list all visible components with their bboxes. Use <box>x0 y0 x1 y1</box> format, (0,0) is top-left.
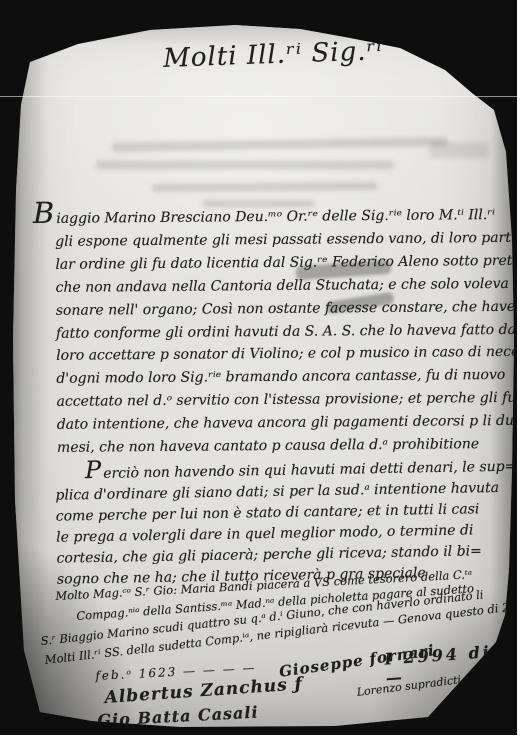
photo-black-background: Molti Ill.ʳⁱ Sig.ʳⁱ Biaggio Marino Bresc… <box>0 0 517 735</box>
letter-line: sonare nell' organo; Così non ostante fa… <box>34 296 500 323</box>
bleed-through-line <box>112 137 448 152</box>
bleed-through-line <box>96 161 394 169</box>
letter-line: mesi, che non haveva cantato p causa del… <box>35 433 501 460</box>
bleed-through-line <box>152 182 378 192</box>
letter-salutation: Molti Ill.ʳⁱ Sig.ʳⁱ <box>128 35 419 75</box>
scan-artifact-line <box>0 96 517 97</box>
letter-paragraph-1: Biaggio Marino Bresciano Deu.ᵐᵒ Or.ʳᵉ de… <box>33 204 501 460</box>
manuscript-paper-sheet: Molti Ill.ʳⁱ Sig.ʳⁱ Biaggio Marino Bresc… <box>0 0 517 735</box>
manuscript-photo-page: Molti Ill.ʳⁱ Sig.ʳⁱ Biaggio Marino Bresc… <box>0 0 521 740</box>
bleed-through-line <box>430 142 488 158</box>
edge-shadow-top <box>0 0 517 46</box>
